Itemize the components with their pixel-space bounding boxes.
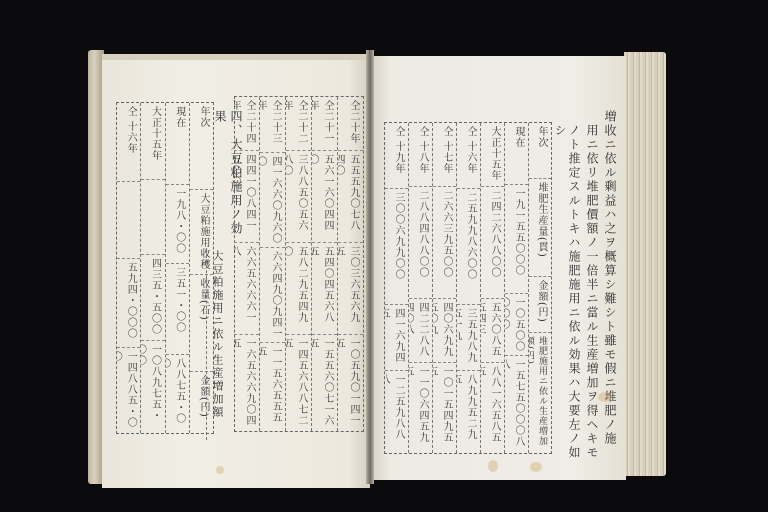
header-taisho15: 大正十五年 [141,103,164,180]
paragraph-line-2: 用ニ依リ堆肥價額ノ一倍半ニ當ル生産増加ヲ得ヘキモ [584,124,600,460]
cell: 二五九九八六〇〇 [457,189,480,305]
cell: 五八二九五四九〇 [286,243,311,335]
cell: 六六四九〇九四一 [260,248,285,343]
cell: 一一五六五五五五 [260,343,285,431]
left-side-note: 大豆粕施用ニ依ル生産増加額 [206,250,225,440]
cell: 一〇五〇〇〇〇〇 [505,294,528,356]
cell [141,180,164,255]
row-label: 金額(円) [529,277,551,333]
cell: 一二五九八八八 [385,371,408,453]
cell: 一〇一五四九五五 [433,363,456,453]
header: 仝 十七年 [433,123,456,187]
cell: 五六〇八五五四三 [481,299,504,363]
cell: 四一六九四五 [385,305,408,371]
cell: 四三五・五〇〇 [141,255,164,341]
cell: 四二二八八四〇八 [409,299,432,363]
cell: 六六五六六六一八 [234,243,259,335]
header-current: 現在 [166,103,189,185]
cell: 三〇〇六九九〇〇 [385,189,408,305]
cell: 五五五九〇七八四〇 [338,151,363,243]
header: 大正十五年 [481,123,504,187]
header: 仝二十二年 [286,97,311,151]
cell: 八八一六五八五五 [481,363,504,453]
cell: 四一六六〇九六〇〇 [260,153,285,248]
cell: 一九八・〇〇 [166,185,189,265]
right-table-compost: 年次堆肥生産量(貫)金額(円)堆肥施用ニ依ル生産増加額(円) 現在一九一五五〇〇… [384,122,552,454]
cell: 三〇三六五六九五 [338,243,363,335]
cell [117,182,140,259]
header-year: 年次 [190,103,213,190]
cell: 三五九八九五一九 [457,305,480,371]
cell: 八九九五二九五 [457,371,480,453]
cell: 二六六三九五〇〇 [433,187,456,299]
cell: 二八八四八八〇〇 [409,187,432,299]
cell: 二四二六八八〇〇 [481,187,504,299]
paragraph-line-3: ノト推定スルトキハ施肥施用ニ依ル効果ハ大要左ノ如 [566,124,582,460]
header: 仝二十三年 [260,97,285,153]
paper-stain [598,392,612,402]
cell: 一四五六八八七二五 [286,335,311,431]
book-gutter [366,50,374,484]
cell: 一九一五五〇〇〇 [505,185,528,293]
cell: 三五一・〇〇 [166,264,189,355]
header: 現在 [505,123,528,185]
cell: 一〇五九〇一四一五 [338,335,363,431]
paper-stain [488,460,498,472]
book-right-edge [624,52,666,476]
row-label: 堆肥施用ニ依ル生産増加額(円) [529,333,551,453]
header-year16: 仝 十六年 [117,103,140,182]
cell: 一五七五〇〇〇八八 [505,356,528,453]
header: 仝 十九年 [385,123,408,189]
cell: 一一〇六四五九五 [409,363,432,453]
cell: 四〇六九九五〇九 [433,299,456,363]
cell: 一四八八五・〇〇 [117,348,140,433]
cell: 一六五六六九〇四五 [234,335,259,431]
cell: 五九四・〇〇〇 [117,259,140,347]
cell: 五四〇四五六八五 [312,243,337,335]
header: 仝 十六年 [457,123,480,189]
cell: 八八七五・〇〇 [166,355,189,433]
left-table-soybean-harvest: 年次大豆粕施用收穫收量(石)金額(円) 現在一九八・〇〇三五一・〇〇八八七五・〇… [116,102,214,434]
cell: 四四一〇八四一五〇〇 [234,151,259,243]
row-label: 堆肥生産量(貫) [529,179,551,276]
left-table-b: 仝二十年五五五九〇七八四〇三〇三六五六九五一〇五九〇一四一五 仝二十一年五六一六… [234,96,364,432]
header-year: 年次 [529,123,551,179]
cell: 三八八五〇五六八〇 [286,151,311,243]
header: 仝二十年 [338,97,363,151]
paragraph-line-1: 増收ニ依ル剰益ハ之ヲ概算シ難シト雖モ假ニ堆肥ノ施 [602,110,618,460]
cell: 五六一六〇四四〇 [312,151,337,243]
header: 仝二十一年 [312,97,337,151]
cell: 一五五六〇七一六五 [312,335,337,431]
header: 仝 十八年 [409,123,432,187]
cell: 一〇八九七五・〇〇 [141,341,164,433]
paragraph-line-4: シ [552,124,568,154]
paper-stain [530,462,542,472]
header: 仝二十四年 [234,97,259,151]
paper-stain [216,466,224,474]
